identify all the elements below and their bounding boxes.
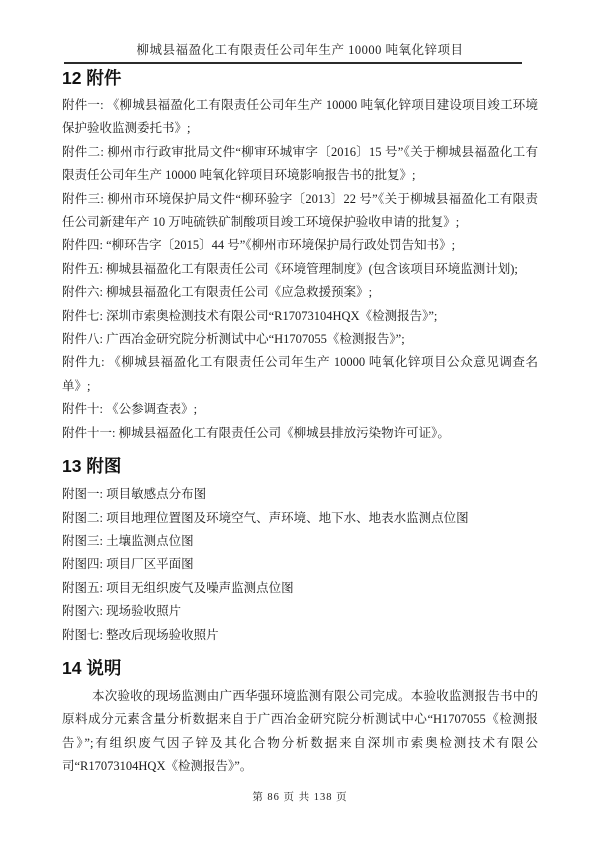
section-heading-figures: 13 附图 (62, 454, 538, 478)
figure-item-2: 附图二: 项目地理位置图及环境空气、声环境、地下水、地表水监测点位图 (62, 507, 538, 530)
section-heading-notes: 14 说明 (62, 656, 538, 680)
figure-item-3: 附图三: 土壤监测点位图 (62, 530, 538, 553)
attachment-item-4: 附件四: “柳环告字〔2015〕44 号”《柳州市环境保护局行政处罚告知书》; (62, 234, 538, 257)
attachment-item-8: 附件八: 广西冶金研究院分析测试中心“H1707055《检测报告》”; (62, 328, 538, 351)
attachment-item-5: 附件五: 柳城县福盈化工有限责任公司《环境管理制度》(包含该项目环境监测计划); (62, 258, 538, 281)
figure-item-4: 附图四: 项目厂区平面图 (62, 553, 538, 576)
attachment-item-6: 附件六: 柳城县福盈化工有限责任公司《应急救援预案》; (62, 281, 538, 304)
figure-item-5: 附图五: 项目无组织废气及噪声监测点位图 (62, 577, 538, 600)
attachment-item-10: 附件十: 《公参调查表》; (62, 398, 538, 421)
attachment-item-1: 附件一: 《柳城县福盈化工有限责任公司年生产 10000 吨氧化锌项目建设项目竣… (62, 94, 538, 141)
attachment-item-9: 附件九: 《柳城县福盈化工有限责任公司年生产 10000 吨氧化锌项目公众意见调… (62, 351, 538, 398)
attachment-item-2: 附件二: 柳州市行政审批局文件“柳审环城审字〔2016〕15 号”《关于柳城县福… (62, 141, 538, 188)
figure-item-6: 附图六: 现场验收照片 (62, 600, 538, 623)
attachment-item-11: 附件十一: 柳城县福盈化工有限责任公司《柳城县排放污染物许可证》。 (62, 422, 538, 445)
section-heading-attachments: 12 附件 (62, 66, 538, 90)
figure-item-1: 附图一: 项目敏感点分布图 (62, 483, 538, 506)
page-header: 柳城县福盈化工有限责任公司年生产 10000 吨氧化锌项目 (62, 40, 538, 64)
attachment-item-3: 附件三: 柳州市环境保护局文件“柳环验字〔2013〕22 号”《关于柳城县福盈化… (62, 188, 538, 235)
figure-item-7: 附图七: 整改后现场验收照片 (62, 624, 538, 647)
attachment-item-7: 附件七: 深圳市索奥检测技术有限公司“R17073104HQX《检测报告》”; (62, 305, 538, 328)
page-content: 12 附件 附件一: 《柳城县福盈化工有限责任公司年生产 10000 吨氧化锌项… (62, 66, 538, 779)
page-footer: 第 86 页 共 138 页 (0, 789, 600, 804)
notes-paragraph: 本次验收的现场监测由广西华强环境监测有限公司完成。本验收监测报告书中的原料成分元… (62, 685, 538, 779)
header-rule (64, 62, 522, 64)
document-page: 柳城县福盈化工有限责任公司年生产 10000 吨氧化锌项目 12 附件 附件一:… (0, 0, 600, 848)
header-title: 柳城县福盈化工有限责任公司年生产 10000 吨氧化锌项目 (62, 40, 538, 58)
